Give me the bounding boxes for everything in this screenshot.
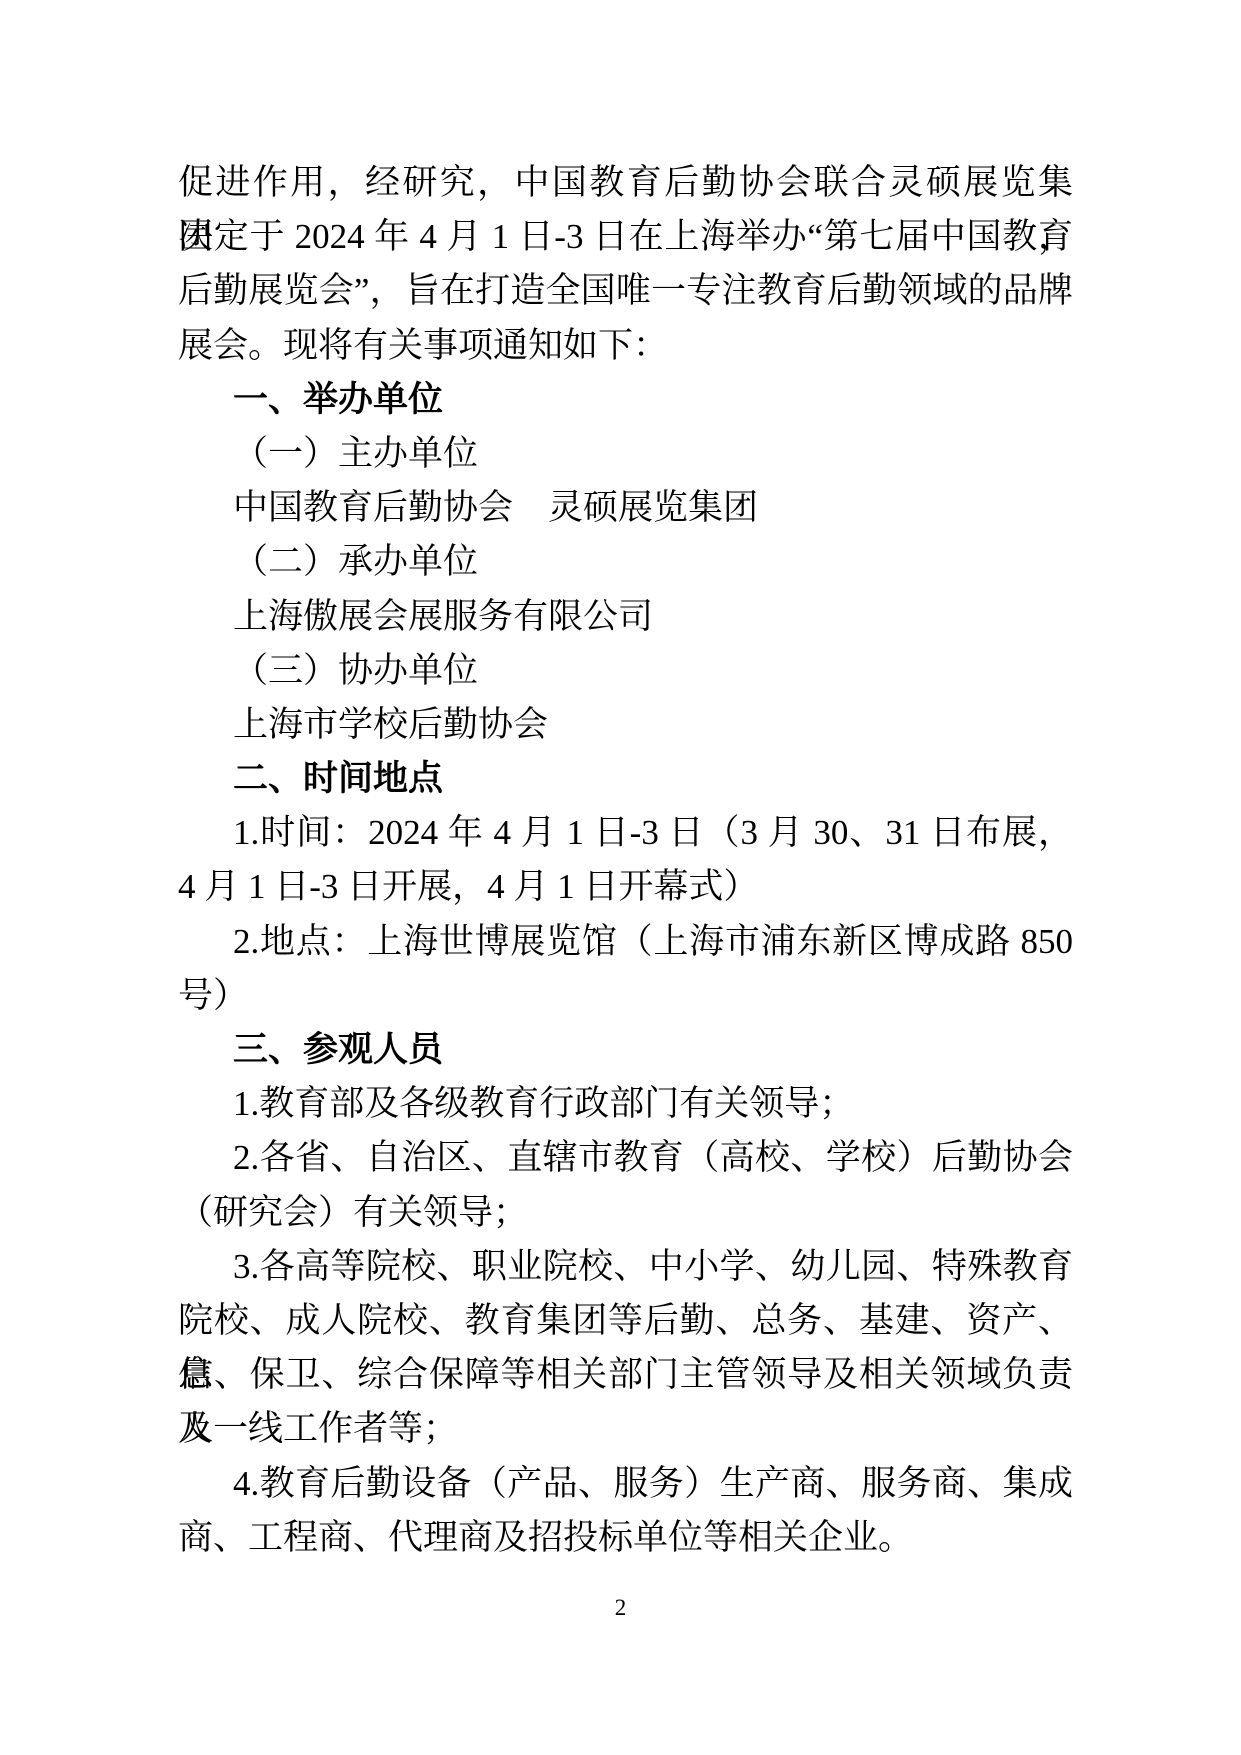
text-line: 后勤展览会”，旨在打造全国唯一专注教育后勤领域的品牌 bbox=[178, 264, 1073, 318]
text-line: 2.地点：上海世博展览馆（上海市浦东新区博成路 850 bbox=[178, 915, 1073, 969]
document-page: 促进作用，经研究，中国教育后勤协会联合灵硕展览集团， 决定于 2024 年 4 … bbox=[0, 0, 1241, 1755]
text-line: 决定于 2024 年 4 月 1 日-3 日在上海举办“第七届中国教育 bbox=[178, 210, 1073, 264]
text-line: 息、保卫、综合保障等相关部门主管领导及相关领域负责人 bbox=[178, 1348, 1073, 1402]
text-line: 4 月 1 日-3 日开展，4 月 1 日开幕式） bbox=[178, 860, 1073, 914]
section-heading-1: 一、举办单位 bbox=[178, 373, 1073, 427]
text-line: （一）主办单位 bbox=[178, 427, 1073, 481]
text-line: 及一线工作者等； bbox=[178, 1402, 1073, 1456]
text-line: 院校、成人院校、教育集团等后勤、总务、基建、资产、信 bbox=[178, 1294, 1073, 1348]
text-line: 中国教育后勤协会 灵硕展览集团 bbox=[178, 481, 1073, 535]
text-line: （二）承办单位 bbox=[178, 535, 1073, 589]
text-line: 2.各省、自治区、直辖市教育（高校、学校）后勤协会 bbox=[178, 1131, 1073, 1185]
text-line: 上海傲展会展服务有限公司 bbox=[178, 590, 1073, 644]
page-number: 2 bbox=[0, 1593, 1241, 1623]
text-line: 1.时间：2024 年 4 月 1 日-3 日（3 月 30、31 日布展， bbox=[178, 806, 1073, 860]
text-line: （三）协办单位 bbox=[178, 644, 1073, 698]
text-line: 商、工程商、代理商及招投标单位等相关企业。 bbox=[178, 1511, 1073, 1565]
text-line: 1.教育部及各级教育行政部门有关领导； bbox=[178, 1077, 1073, 1131]
text-line: 号） bbox=[178, 969, 1073, 1023]
text-line: 4.教育后勤设备（产品、服务）生产商、服务商、集成 bbox=[178, 1457, 1073, 1511]
text-line: （研究会）有关领导； bbox=[178, 1186, 1073, 1240]
section-heading-3: 三、参观人员 bbox=[178, 1023, 1073, 1077]
text-line: 上海市学校后勤协会 bbox=[178, 698, 1073, 752]
section-heading-2: 二、时间地点 bbox=[178, 752, 1073, 806]
document-body: 促进作用，经研究，中国教育后勤协会联合灵硕展览集团， 决定于 2024 年 4 … bbox=[178, 156, 1073, 1565]
text-line: 展会。现将有关事项通知如下： bbox=[178, 319, 1073, 373]
text-line: 3.各高等院校、职业院校、中小学、幼儿园、特殊教育 bbox=[178, 1240, 1073, 1294]
text-line: 促进作用，经研究，中国教育后勤协会联合灵硕展览集团， bbox=[178, 156, 1073, 210]
